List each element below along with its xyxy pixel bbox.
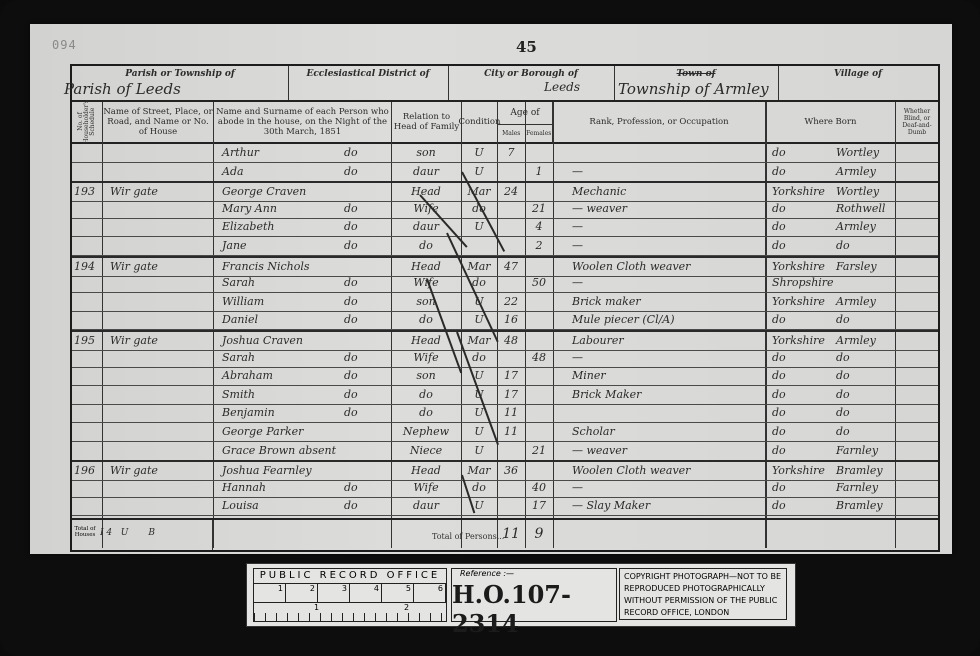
blind-deaf xyxy=(896,442,936,460)
born-county: do xyxy=(772,146,786,159)
born-place: do xyxy=(836,423,850,441)
born-county: do xyxy=(772,202,786,215)
blind-deaf xyxy=(896,423,936,441)
born-county: Yorkshire xyxy=(772,334,825,347)
header-band: Parish or Township of Parish of Leeds Ec… xyxy=(72,66,938,102)
blind-deaf xyxy=(896,293,936,311)
occupation: — xyxy=(554,274,782,292)
occupation: — xyxy=(554,237,782,255)
condition: U xyxy=(462,442,496,460)
relation: Head xyxy=(392,258,460,276)
occupation: Mule piecer (Cl/A) xyxy=(554,311,782,329)
surname-ditto: do xyxy=(344,479,358,497)
person-name: Williamdo xyxy=(214,293,398,311)
given-name: Smith xyxy=(222,388,255,401)
given-name: George Craven xyxy=(222,185,306,198)
born-place: Wortley xyxy=(836,144,879,162)
where-born: YorkshireWortley xyxy=(766,183,900,201)
relation: son xyxy=(392,367,460,385)
street-name: Wir gate xyxy=(104,258,218,276)
blind-deaf xyxy=(896,497,936,515)
reference-label: Reference :— xyxy=(452,569,616,578)
village-cell: Village of xyxy=(778,66,938,100)
age-female: 17 xyxy=(526,497,552,515)
where-born: Shropshire xyxy=(766,274,900,292)
schedule-number xyxy=(72,442,104,460)
ruler-in-1: 1 xyxy=(314,603,319,612)
street-name xyxy=(104,423,218,441)
col-name: Name and Surname of each Person who abod… xyxy=(214,102,392,144)
relation: Wife xyxy=(392,274,460,292)
street-name: Wir gate xyxy=(104,183,218,201)
street-name xyxy=(104,144,218,162)
occupation: Woolen Cloth weaver xyxy=(554,462,782,480)
census-table: Parish or Township of Parish of Leeds Ec… xyxy=(70,64,940,552)
blind-deaf xyxy=(896,183,936,201)
person-name: Louisado xyxy=(214,497,398,515)
folio-stamp: 094 xyxy=(52,38,77,52)
surname-ditto: do xyxy=(344,367,358,385)
age-male: 24 xyxy=(498,183,524,201)
given-name: Arthur xyxy=(222,146,259,159)
surname-ditto: do xyxy=(344,349,358,367)
blind-deaf xyxy=(896,349,936,367)
where-born: dodo xyxy=(766,386,900,404)
age-male: 47 xyxy=(498,258,524,276)
schedule-number xyxy=(72,163,104,181)
blind-deaf xyxy=(896,404,936,422)
occupation: Woolen Cloth weaver xyxy=(554,258,782,276)
age-male: 16 xyxy=(498,311,524,329)
table-row: ArthurdosonU7doWortley xyxy=(72,144,938,163)
born-place: Armley xyxy=(836,332,876,350)
occupation: — xyxy=(554,479,782,497)
where-born: dodo xyxy=(766,349,900,367)
relation: Wife xyxy=(392,479,460,497)
table-row: ElizabethdodaurU4—doArmley xyxy=(72,218,938,237)
schedule-number xyxy=(72,274,104,292)
occupation: Brick Maker xyxy=(554,386,782,404)
born-county: Shropshire xyxy=(772,276,834,289)
given-name: Elizabeth xyxy=(222,220,274,233)
condition: U xyxy=(462,163,496,181)
town-cell: Town of Township of Armley xyxy=(614,66,779,100)
where-born: YorkshireFarsley xyxy=(766,258,900,276)
street-name xyxy=(104,386,218,404)
born-place: Bramley xyxy=(836,462,883,480)
age-female: 21 xyxy=(526,200,552,218)
where-born: dodo xyxy=(766,404,900,422)
where-born: dodo xyxy=(766,237,900,255)
total-houses: Total of Houses I 4 U B xyxy=(72,520,213,550)
age-female xyxy=(526,367,552,385)
city-value: Leeds xyxy=(544,80,580,94)
born-place: do xyxy=(836,311,850,329)
age-female: 50 xyxy=(526,274,552,292)
col-blind: Whether Blind, or Deaf-and-Dumb xyxy=(896,102,938,144)
condition: U xyxy=(462,144,496,162)
table-row: Grace Brown absentNieceU21— weaverdoFarn… xyxy=(72,442,938,461)
given-name: Jane xyxy=(222,239,247,252)
given-name: George Parker xyxy=(222,425,303,438)
age-male xyxy=(498,497,524,515)
given-name: Louisa xyxy=(222,499,259,512)
col-schedule: No. of Householder's Schedule xyxy=(72,102,103,144)
condition: U xyxy=(462,367,496,385)
total-houses-values: I 4 U B xyxy=(100,528,155,538)
age-male xyxy=(498,163,524,181)
age-male: 36 xyxy=(498,462,524,480)
where-born: doArmley xyxy=(766,163,900,181)
occupation: — Slay Maker xyxy=(554,497,782,515)
street-name xyxy=(104,311,218,329)
schedule-number xyxy=(72,479,104,497)
where-born: dodo xyxy=(766,311,900,329)
born-place: Farsley xyxy=(836,258,877,276)
person-name: Benjamindo xyxy=(214,404,398,422)
person-name: Joshua Fearnley xyxy=(214,462,398,480)
schedule-number: 193 xyxy=(72,183,104,201)
houses-uninhabited: U xyxy=(121,528,129,538)
blind-deaf xyxy=(896,274,936,292)
age-female: 1 xyxy=(526,163,552,181)
person-name: Hannahdo xyxy=(214,479,398,497)
age-male: 22 xyxy=(498,293,524,311)
person-name: Sarahdo xyxy=(214,274,398,292)
born-county: do xyxy=(772,239,786,252)
ruler-cm-mark: 4 xyxy=(350,584,382,602)
given-name: Benjamin xyxy=(222,406,275,419)
table-row: LouisadodaurU17— Slay MakerdoBramley xyxy=(72,497,938,516)
age-female xyxy=(526,404,552,422)
born-place: Farnley xyxy=(836,479,878,497)
born-county: do xyxy=(772,369,786,382)
age-female xyxy=(526,144,552,162)
parish-value: Parish of Leeds xyxy=(64,80,181,98)
table-row: SarahdoWifedo50—Shropshire xyxy=(72,274,938,293)
total-males: 11 xyxy=(498,526,524,542)
condition: Mar xyxy=(462,462,496,480)
born-place: Rothwell xyxy=(836,200,885,218)
street-name: Wir gate xyxy=(104,462,218,480)
born-place: do xyxy=(836,386,850,404)
relation: son xyxy=(392,144,460,162)
born-county: do xyxy=(772,406,786,419)
table-row: Mary AnndoWifedo21— weaverdoRothwell xyxy=(72,200,938,219)
born-place: Farnley xyxy=(836,442,878,460)
copyright-notice: COPYRIGHT PHOTOGRAPH—NOT TO BE REPRODUCE… xyxy=(619,568,787,620)
born-place: Armley xyxy=(836,163,876,181)
condition: Mar xyxy=(462,332,496,350)
blind-deaf xyxy=(896,218,936,236)
schedule-number: 195 xyxy=(72,332,104,350)
born-county: Yorkshire xyxy=(772,185,825,198)
person-name: Danieldo xyxy=(214,311,398,329)
blind-deaf xyxy=(896,237,936,255)
given-name: Grace Brown absent xyxy=(222,444,336,457)
occupation: Brick maker xyxy=(554,293,782,311)
where-born: doWortley xyxy=(766,144,900,162)
given-name: Joshua Craven xyxy=(222,334,303,347)
person-name: Janedo xyxy=(214,237,398,255)
age-female: 4 xyxy=(526,218,552,236)
street-name: Wir gate xyxy=(104,332,218,350)
given-name: Mary Ann xyxy=(222,202,277,215)
age-male xyxy=(498,442,524,460)
blind-deaf xyxy=(896,258,936,276)
born-place: do xyxy=(836,404,850,422)
street-name xyxy=(104,293,218,311)
total-houses-label: Total of Houses xyxy=(74,526,96,538)
schedule-number xyxy=(72,349,104,367)
given-name: Sarah xyxy=(222,276,255,289)
relation: daur xyxy=(392,163,460,181)
houses-building: B xyxy=(148,528,155,538)
street-name xyxy=(104,274,218,292)
schedule-number xyxy=(72,404,104,422)
given-name: William xyxy=(222,295,264,308)
given-name: Abraham xyxy=(222,369,273,382)
schedule-number xyxy=(72,497,104,515)
surname-ditto: do xyxy=(344,404,358,422)
males-label: Males xyxy=(498,125,526,142)
where-born: dodo xyxy=(766,367,900,385)
born-county: do xyxy=(772,481,786,494)
age-female xyxy=(526,462,552,480)
reference-number: H.O.107-2314 xyxy=(452,580,616,638)
born-county: do xyxy=(772,220,786,233)
street-name xyxy=(104,200,218,218)
street-name xyxy=(104,367,218,385)
relation: Head xyxy=(392,462,460,480)
age-male: 7 xyxy=(498,144,524,162)
street-name xyxy=(104,479,218,497)
where-born: doArmley xyxy=(766,218,900,236)
condition: U xyxy=(462,497,496,515)
occupation xyxy=(554,144,782,162)
person-name: Elizabethdo xyxy=(214,218,398,236)
occupation: Mechanic xyxy=(554,183,782,201)
occupation: — weaver xyxy=(554,200,782,218)
given-name: Sarah xyxy=(222,351,255,364)
born-county: do xyxy=(772,388,786,401)
born-place: Bramley xyxy=(836,497,883,515)
table-row: George ParkerNephewU11Scholardodo xyxy=(72,423,938,442)
col-occupation: Rank, Profession, or Occupation xyxy=(553,102,766,144)
age-male: 17 xyxy=(498,386,524,404)
given-name: Daniel xyxy=(222,313,258,326)
schedule-number: 196 xyxy=(72,462,104,480)
blind-deaf xyxy=(896,163,936,181)
city-label: City or Borough of xyxy=(448,69,614,79)
blind-deaf xyxy=(896,462,936,480)
parish-label: Parish or Township of xyxy=(72,69,288,79)
relation: daur xyxy=(392,497,460,515)
table-row: SmithdodoU17Brick Makerdodo xyxy=(72,386,938,405)
table-row: AdadodaurU1—doArmley xyxy=(72,163,938,182)
where-born: YorkshireArmley xyxy=(766,332,900,350)
where-born: doBramley xyxy=(766,497,900,515)
parish-cell: Parish or Township of Parish of Leeds xyxy=(72,66,289,100)
ecclesiastical-cell: Ecclesiastical District of xyxy=(288,66,449,100)
age-male xyxy=(498,479,524,497)
col-street: Name of Street, Place, or Road, and Name… xyxy=(103,102,214,144)
blind-deaf xyxy=(896,386,936,404)
born-place: Wortley xyxy=(836,183,879,201)
born-place: Armley xyxy=(836,293,876,311)
born-county: do xyxy=(772,499,786,512)
schedule-number: 194 xyxy=(72,258,104,276)
where-born: YorkshireBramley xyxy=(766,462,900,480)
where-born: doFarnley xyxy=(766,479,900,497)
total-females: 9 xyxy=(526,526,552,542)
total-persons-label: Total of Persons... xyxy=(432,532,504,541)
age-female xyxy=(526,258,552,276)
born-county: do xyxy=(772,425,786,438)
age-female xyxy=(526,423,552,441)
born-county: do xyxy=(772,444,786,457)
ecclesiastical-label: Ecclesiastical District of xyxy=(288,69,448,79)
person-name: Sarahdo xyxy=(214,349,398,367)
age-female: 2 xyxy=(526,237,552,255)
relation: do xyxy=(392,386,460,404)
occupation xyxy=(554,404,782,422)
person-name: Abrahamdo xyxy=(214,367,398,385)
page-number: 45 xyxy=(516,38,537,56)
relation: son xyxy=(392,293,460,311)
given-name: Ada xyxy=(222,165,244,178)
pro-reference-label: PUBLIC RECORD OFFICE 123456 1 2 Referenc… xyxy=(246,563,796,627)
ruler-cm-mark: 2 xyxy=(286,584,318,602)
relation: do xyxy=(392,404,460,422)
occupation: — xyxy=(554,218,782,236)
given-name: Hannah xyxy=(222,481,266,494)
surname-ditto: do xyxy=(344,144,358,162)
street-name xyxy=(104,349,218,367)
born-place: do xyxy=(836,349,850,367)
relation: do xyxy=(392,311,460,329)
village-label: Village of xyxy=(778,69,938,79)
born-place: do xyxy=(836,237,850,255)
person-name: George Parker xyxy=(214,423,398,441)
col-where-born: Where Born xyxy=(766,102,896,144)
age-male xyxy=(498,349,524,367)
relation: Wife xyxy=(392,349,460,367)
table-row: Janedodo2—dodo xyxy=(72,237,938,256)
occupation: — xyxy=(554,349,782,367)
age-female xyxy=(526,293,552,311)
schedule-number xyxy=(72,293,104,311)
females-label: Females xyxy=(526,125,553,142)
blind-deaf xyxy=(896,332,936,350)
where-born: YorkshireArmley xyxy=(766,293,900,311)
person-name: Grace Brown absent xyxy=(214,442,398,460)
ruler-in-2: 2 xyxy=(404,603,409,612)
age-male: 11 xyxy=(498,423,524,441)
surname-ditto: do xyxy=(344,163,358,181)
person-name: Joshua Craven xyxy=(214,332,398,350)
age-male: 48 xyxy=(498,332,524,350)
schedule-number xyxy=(72,218,104,236)
age-female xyxy=(526,332,552,350)
occupation: Labourer xyxy=(554,332,782,350)
relation: Nephew xyxy=(392,423,460,441)
schedule-number xyxy=(72,423,104,441)
born-county: do xyxy=(772,351,786,364)
street-name xyxy=(104,237,218,255)
occupation: Miner xyxy=(554,367,782,385)
totals-row: Total of Houses I 4 U B Total of Persons… xyxy=(72,518,938,550)
table-row: HannahdoWifedo40—doFarnley xyxy=(72,479,938,498)
street-name xyxy=(104,218,218,236)
occupation: Scholar xyxy=(554,423,782,441)
ruler-ticks xyxy=(254,613,446,621)
age-female xyxy=(526,183,552,201)
age-male: 11 xyxy=(498,404,524,422)
ruler-cm: 123456 xyxy=(254,584,446,603)
person-name: George Craven xyxy=(214,183,398,201)
occupation: — xyxy=(554,163,782,181)
person-name: Adado xyxy=(214,163,398,181)
surname-ditto: do xyxy=(344,497,358,515)
age-female: 40 xyxy=(526,479,552,497)
age-male xyxy=(498,274,524,292)
ruler-cm-mark: 5 xyxy=(382,584,414,602)
age-male xyxy=(498,200,524,218)
born-county: Yorkshire xyxy=(772,464,825,477)
col-relation: Relation to Head of Family xyxy=(392,102,462,144)
relation: Head xyxy=(392,183,460,201)
born-county: do xyxy=(772,313,786,326)
occupation: — weaver xyxy=(554,442,782,460)
where-born: doRothwell xyxy=(766,200,900,218)
born-county: do xyxy=(772,165,786,178)
blind-deaf xyxy=(896,311,936,329)
town-value: Township of Armley xyxy=(618,80,769,98)
relation: Niece xyxy=(392,442,460,460)
age-female: 21 xyxy=(526,442,552,460)
surname-ditto: do xyxy=(344,311,358,329)
born-place: do xyxy=(836,367,850,385)
street-name xyxy=(104,497,218,515)
schedule-number xyxy=(72,311,104,329)
houses-inhabited: I 4 xyxy=(100,528,112,538)
street-name xyxy=(104,442,218,460)
reference-box: Reference :— H.O.107-2314 xyxy=(451,568,617,622)
person-name: Francis Nichols xyxy=(214,258,398,276)
age-male xyxy=(498,218,524,236)
surname-ditto: do xyxy=(344,218,358,236)
born-place: Armley xyxy=(836,218,876,236)
table-row: DanieldodoU16Mule piecer (Cl/A)dodo xyxy=(72,311,938,330)
blind-deaf xyxy=(896,200,936,218)
town-label: Town of xyxy=(614,69,778,79)
ruler-cm-mark: 3 xyxy=(318,584,350,602)
surname-ditto: do xyxy=(344,274,358,292)
age-male: 17 xyxy=(498,367,524,385)
city-cell: City or Borough of Leeds xyxy=(448,66,615,100)
table-row: SarahdoWifedo48—dodo xyxy=(72,349,938,368)
age-female: 48 xyxy=(526,349,552,367)
where-born: doFarnley xyxy=(766,442,900,460)
ruler-cm-mark: 6 xyxy=(414,584,446,602)
age-female xyxy=(526,311,552,329)
where-born: dodo xyxy=(766,423,900,441)
blind-deaf xyxy=(896,144,936,162)
surname-ditto: do xyxy=(344,386,358,404)
table-row: WilliamdosonU22Brick makerYorkshireArmle… xyxy=(72,293,938,312)
ruler-cm-mark: 1 xyxy=(254,584,286,602)
